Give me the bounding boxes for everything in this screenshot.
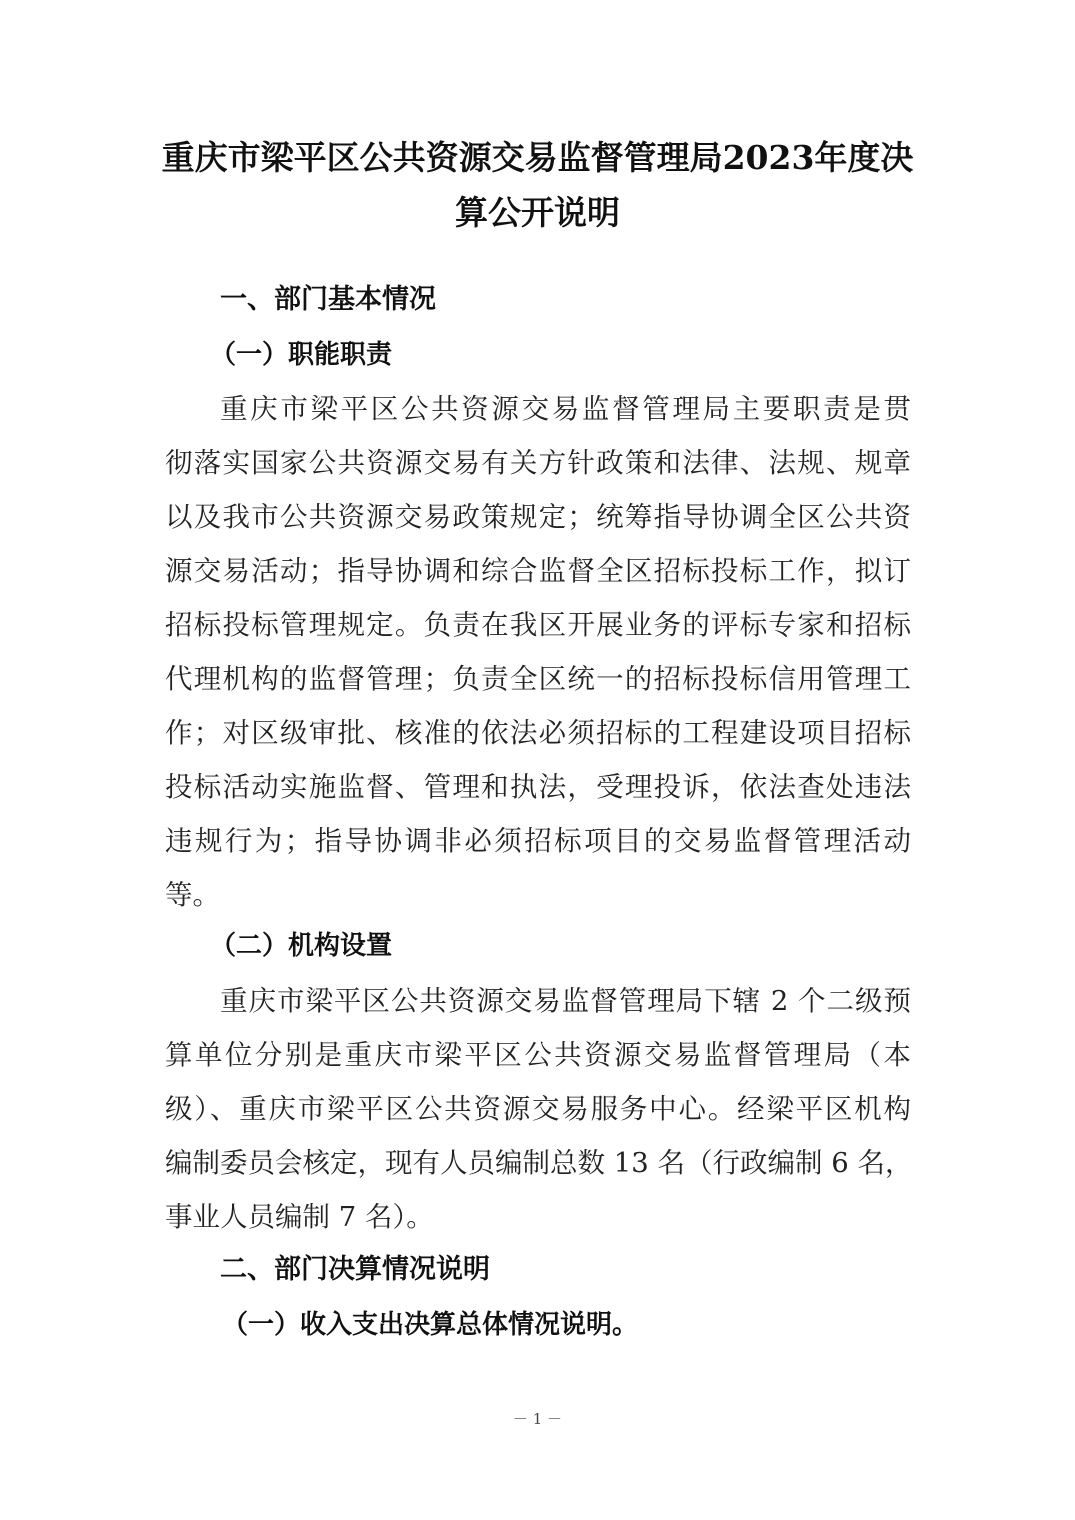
section-heading-basic-info: 一、部门基本情况 [220, 283, 436, 317]
subsection-heading-income-expenditure: （一）收入支出决算总体情况说明。 [222, 1308, 638, 1342]
paragraph-line: 事业人员编制 7 名）。 [165, 1199, 911, 1235]
paragraph-line: 投标活动实施监督、管理和执法，受理投诉，依法查处违法 [165, 769, 911, 805]
paragraph-line: 源交易活动；指导协调和综合监督全区招标投标工作，拟订 [165, 553, 911, 589]
subsection-heading-duties: （一）职能职责 [210, 338, 392, 372]
paragraph-line: 编制委员会核定，现有人员编制总数 13 名（行政编制 6 名， [165, 1145, 911, 1181]
section-heading-final-accounts: 二、部门决算情况说明 [220, 1253, 490, 1287]
paragraph-line: 重庆市梁平区公共资源交易监督管理局主要职责是贯 [220, 391, 911, 427]
paragraph-line: 彻落实国家公共资源交易有关方针政策和法律、法规、规章 [165, 445, 911, 481]
paragraph-line: 重庆市梁平区公共资源交易监督管理局下辖 2 个二级预 [220, 983, 911, 1019]
paragraph-line: 违规行为；指导协调非必须招标项目的交易监督管理活动 [165, 823, 911, 859]
paragraph-line: 作；对区级审批、核准的依法必须招标的工程建设项目招标 [165, 715, 911, 751]
document-title-line-2: 算公开说明 [0, 193, 1075, 233]
document-title-line-1: 重庆市梁平区公共资源交易监督管理局2023年度决 [0, 138, 1075, 178]
paragraph-line: 招标投标管理规定。负责在我区开展业务的评标专家和招标 [165, 607, 911, 643]
subsection-heading-organization: （二）机构设置 [210, 929, 392, 963]
paragraph-line: 等。 [165, 877, 911, 913]
paragraph-line: 以及我市公共资源交易政策规定；统筹指导协调全区公共资 [165, 499, 911, 535]
document-page: 重庆市梁平区公共资源交易监督管理局2023年度决 算公开说明 一、部门基本情况 … [0, 0, 1075, 1520]
page-number: － 1 － [0, 1408, 1075, 1429]
paragraph-line: 算单位分别是重庆市梁平区公共资源交易监督管理局（本 [165, 1037, 911, 1073]
paragraph-line: 级）、重庆市梁平区公共资源交易服务中心。经梁平区机构 [165, 1091, 911, 1127]
paragraph-line: 代理机构的监督管理；负责全区统一的招标投标信用管理工 [165, 661, 911, 697]
